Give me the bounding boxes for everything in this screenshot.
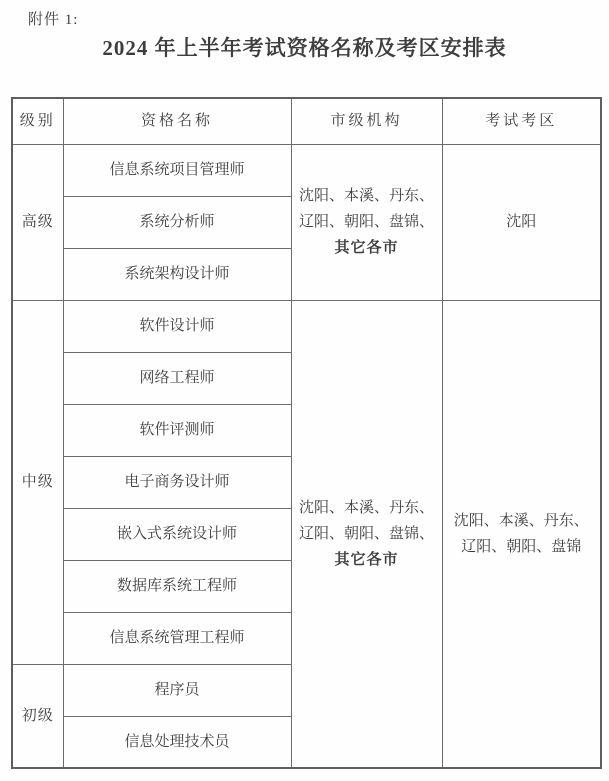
city-org-other-cities-line: 其它各市 bbox=[296, 235, 438, 261]
qualification-cell: 软件评测师 bbox=[63, 404, 291, 456]
city-org-line: 沈阳、本溪、丹东、 bbox=[296, 495, 438, 521]
qualification-cell: 程序员 bbox=[63, 664, 291, 716]
city-org-line: 辽阳、朝阳、盘锦、 bbox=[296, 521, 438, 547]
header-exam-area: 考试考区 bbox=[442, 98, 601, 144]
table-row: 高级 信息系统项目管理师 沈阳、本溪、丹东、 辽阳、朝阳、盘锦、 其它各市 沈阳 bbox=[12, 144, 601, 196]
exam-arrangement-table: 级别 资格名称 市级机构 考试考区 高级 信息系统项目管理师 沈阳、本溪、丹东、… bbox=[11, 97, 602, 769]
qualification-cell: 数据库系统工程师 bbox=[63, 560, 291, 612]
header-qualification-name: 资格名称 bbox=[63, 98, 291, 144]
exam-area-line: 沈阳、本溪、丹东、 bbox=[447, 508, 597, 534]
city-org-cell-senior: 沈阳、本溪、丹东、 辽阳、朝阳、盘锦、 其它各市 bbox=[291, 144, 442, 300]
level-cell-intermediate: 中级 bbox=[12, 300, 63, 664]
qualification-cell: 软件设计师 bbox=[63, 300, 291, 352]
level-cell-junior: 初级 bbox=[12, 664, 63, 768]
exam-area-line: 辽阳、朝阳、盘锦 bbox=[447, 534, 597, 560]
header-level: 级别 bbox=[12, 98, 63, 144]
city-org-cell-intermediate-junior: 沈阳、本溪、丹东、 辽阳、朝阳、盘锦、 其它各市 bbox=[291, 300, 442, 768]
qualification-cell: 网络工程师 bbox=[63, 352, 291, 404]
city-org-other-cities-line: 其它各市 bbox=[296, 547, 438, 573]
city-org-line: 沈阳、本溪、丹东、 bbox=[296, 183, 438, 209]
qualification-cell: 嵌入式系统设计师 bbox=[63, 508, 291, 560]
qualification-cell: 信息处理技术员 bbox=[63, 716, 291, 768]
table-row: 中级 软件设计师 沈阳、本溪、丹东、 辽阳、朝阳、盘锦、 其它各市 沈阳、本溪、… bbox=[12, 300, 601, 352]
document-page: 附件 1: 2024 年上半年考试资格名称及考区安排表 级别 资格名称 市级机构… bbox=[0, 0, 609, 781]
qualification-cell: 信息系统项目管理师 bbox=[63, 144, 291, 196]
header-city-organization: 市级机构 bbox=[291, 98, 442, 144]
level-cell-senior: 高级 bbox=[12, 144, 63, 300]
attachment-label: 附件 1: bbox=[28, 8, 78, 29]
exam-area-line: 沈阳 bbox=[447, 209, 597, 235]
table-header-row: 级别 资格名称 市级机构 考试考区 bbox=[12, 98, 601, 144]
city-org-line: 辽阳、朝阳、盘锦、 bbox=[296, 209, 438, 235]
exam-area-cell-senior: 沈阳 bbox=[442, 144, 601, 300]
qualification-cell: 系统架构设计师 bbox=[63, 248, 291, 300]
page-title: 2024 年上半年考试资格名称及考区安排表 bbox=[0, 32, 609, 62]
exam-area-cell-intermediate-junior: 沈阳、本溪、丹东、 辽阳、朝阳、盘锦 bbox=[442, 300, 601, 768]
qualification-cell: 系统分析师 bbox=[63, 196, 291, 248]
qualification-cell: 电子商务设计师 bbox=[63, 456, 291, 508]
qualification-cell: 信息系统管理工程师 bbox=[63, 612, 291, 664]
